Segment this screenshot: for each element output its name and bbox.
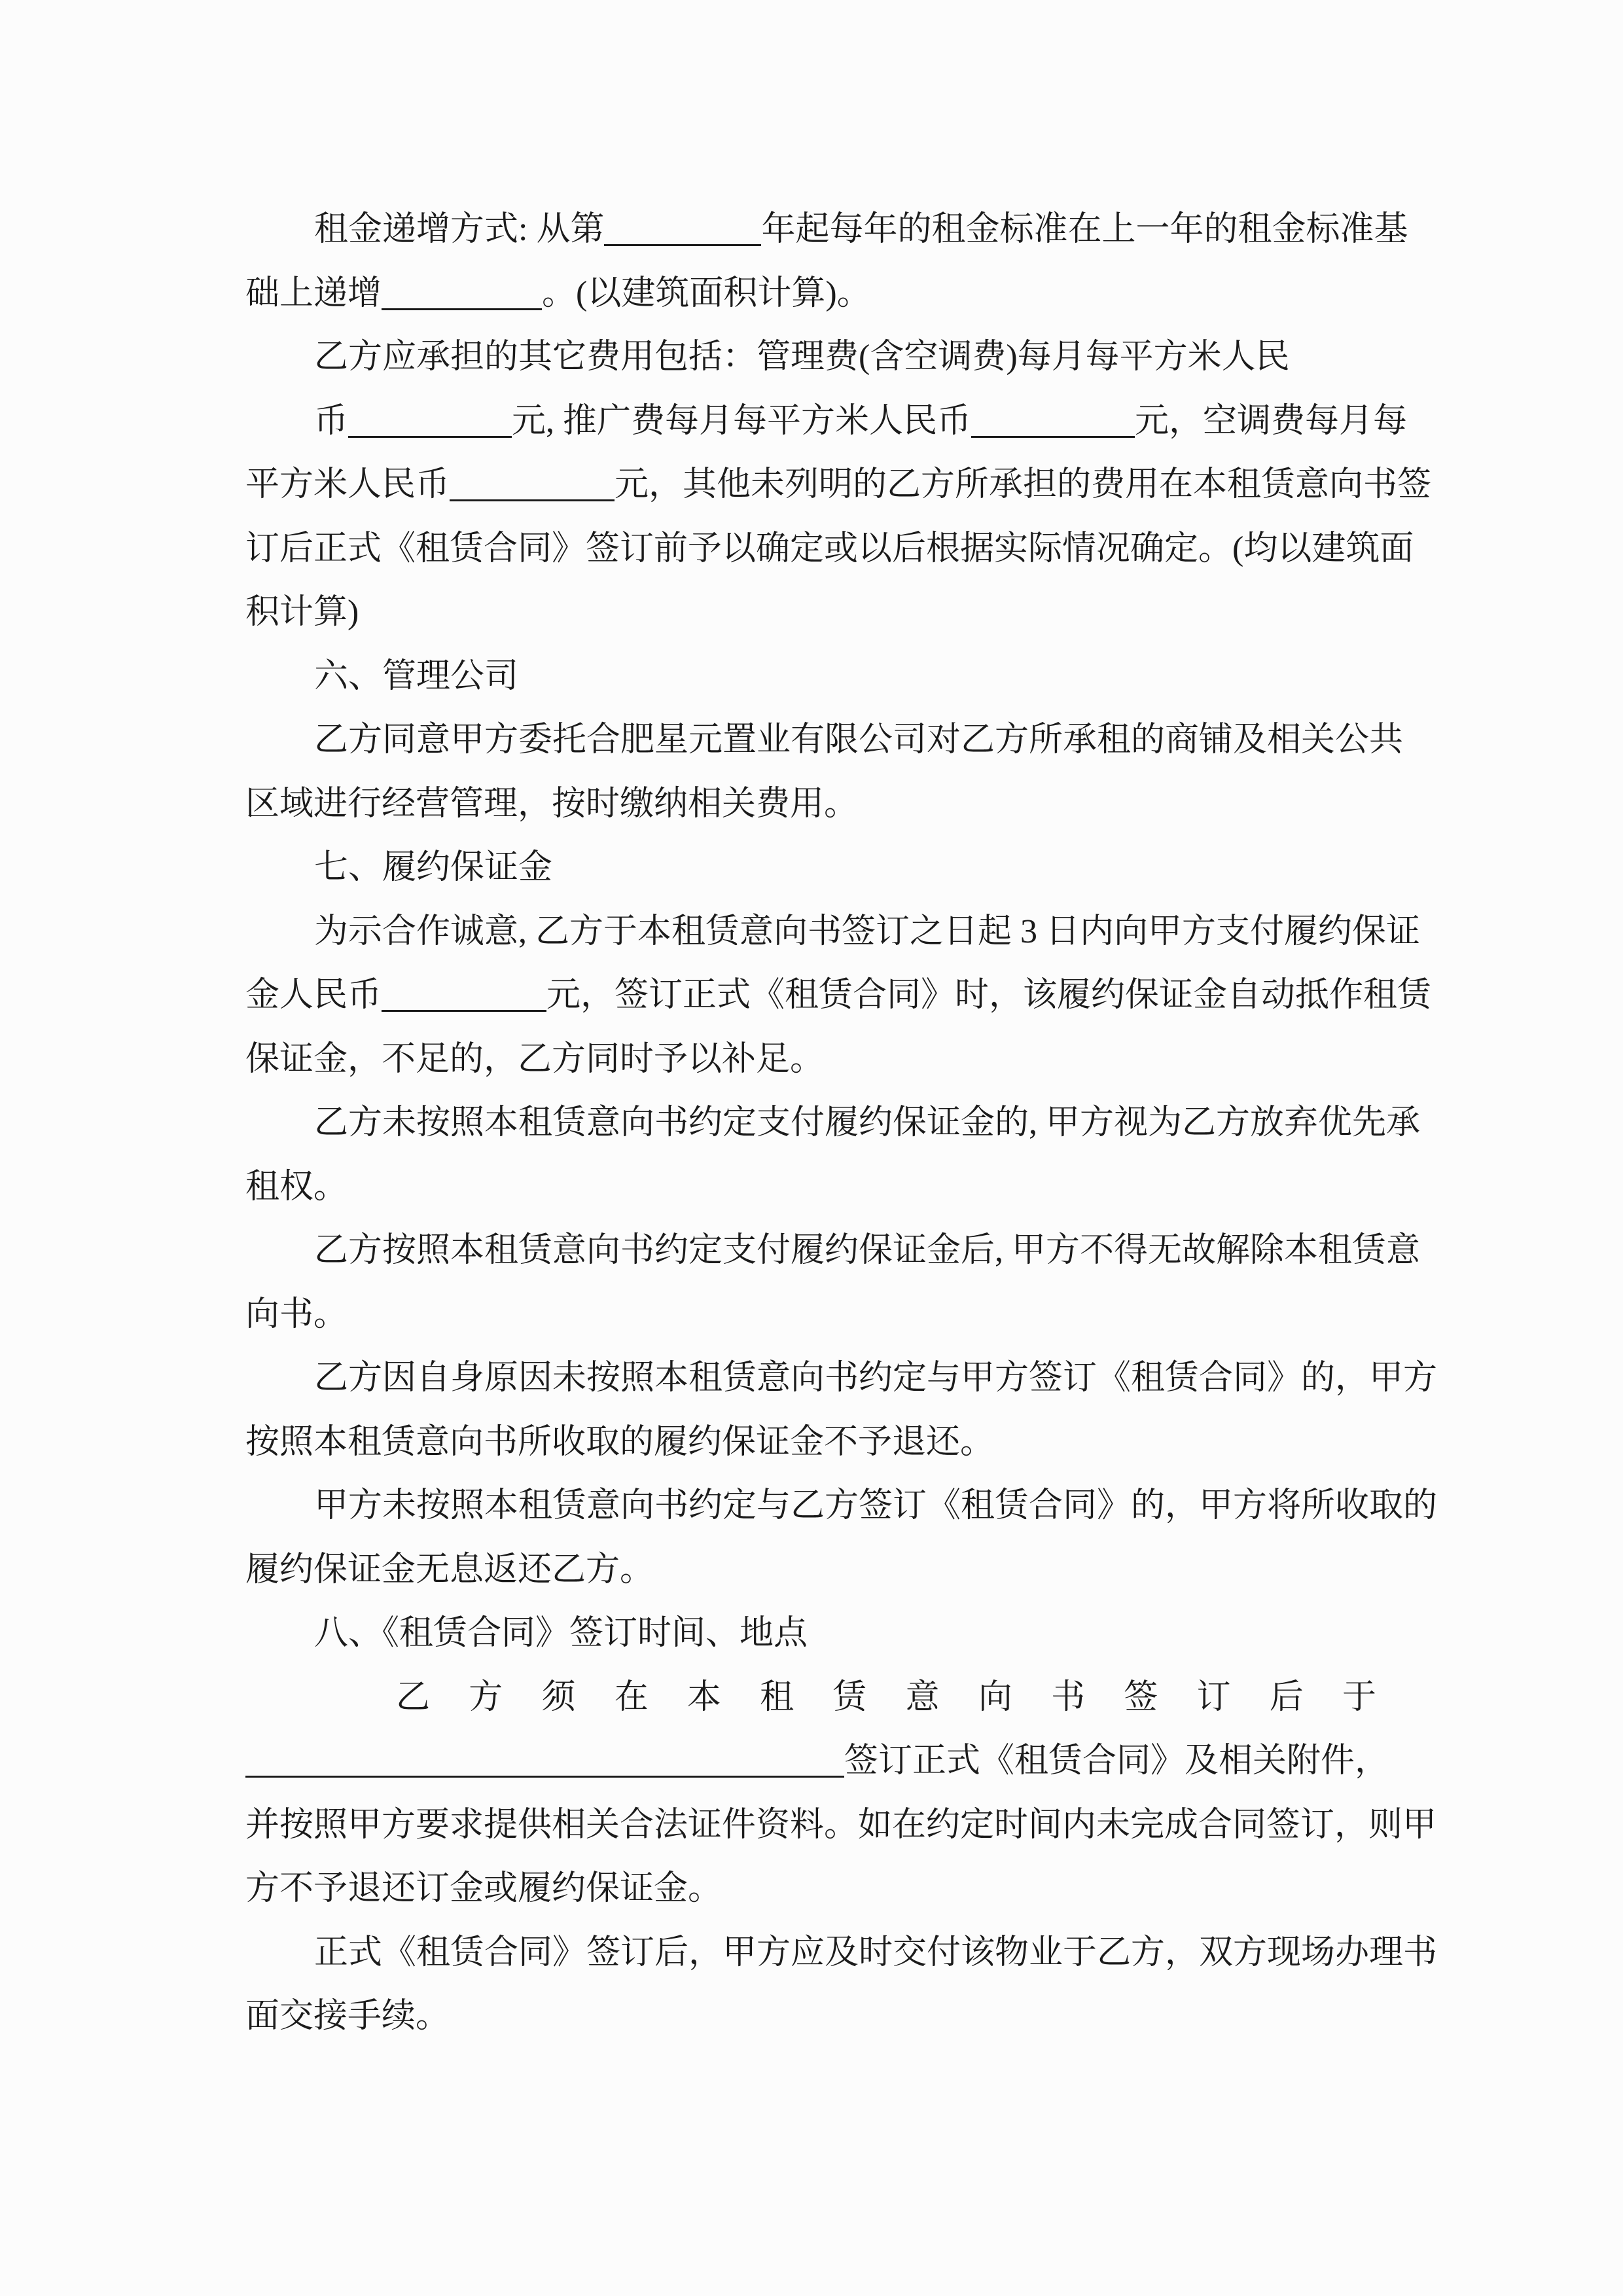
text-run: 乙方同意甲方委托合肥星元置业有限公司对乙方所承租的商铺及相关公共 — [314, 721, 1403, 759]
text-run: 币 — [314, 403, 348, 440]
text-line: 乙 方 须 在 本 租 赁 意 向 书 签 订 后 于 — [245, 1666, 1384, 1730]
blank-fill-field — [245, 1774, 844, 1778]
text-run: 元，其他未列明的乙方所承担的费用在本租赁意向书签 — [615, 466, 1431, 503]
text-run: 乙方应承担的其它费用包括：管理费(含空调费)每月每平方米人民 — [314, 338, 1290, 376]
text-run: 元，签订正式《租赁合同》时，该履约保证金自动抵作租赁 — [546, 977, 1431, 1014]
text-run: 。(以建筑面积计算)。 — [542, 275, 871, 312]
text-run: 向书。 — [245, 1296, 348, 1333]
blank-fill-field — [382, 1008, 546, 1012]
text-run: 乙 方 须 在 本 租 赁 意 向 书 签 订 后 于 — [396, 1666, 1376, 1730]
text-line: 乙方未按照本租赁意向书约定支付履约保证金的, 甲方视为乙方放弃优先承 — [245, 1091, 1384, 1155]
text-line: 为示合作诚意, 乙方于本租赁意向书签订之日起 3 日内向甲方支付履约保证 — [245, 900, 1384, 964]
text-run: 积计算) — [245, 594, 359, 631]
text-line: 正式《租赁合同》签订后，甲方应及时交付该物业于乙方，双方现场办理书 — [245, 1921, 1384, 1985]
text-line: 方不予退还订金或履约保证金。 — [245, 1857, 1384, 1921]
text-run: 方不予退还订金或履约保证金。 — [245, 1870, 722, 1907]
text-line: 按照本租赁意向书所收取的履约保证金不予退还。 — [245, 1410, 1384, 1475]
text-run: 并按照甲方要求提供相关合法证件资料。如在约定时间内未完成合同签订，则甲 — [245, 1806, 1436, 1844]
text-line: 向书。 — [245, 1283, 1384, 1347]
text-run: 租权。 — [245, 1168, 348, 1206]
text-line: 币元, 推广费每月每平方米人民币元，空调费每月每 — [245, 389, 1384, 454]
text-line: 履约保证金无息返还乙方。 — [245, 1538, 1384, 1602]
text-line: 乙方因自身原因未按照本租赁意向书约定与甲方签订《租赁合同》的，甲方 — [245, 1346, 1384, 1410]
text-line: 并按照甲方要求提供相关合法证件资料。如在约定时间内未完成合同签订，则甲 — [245, 1793, 1384, 1857]
text-run: 平方米人民币 — [245, 466, 450, 503]
text-line: 订后正式《租赁合同》签订前予以确定或以后根据实际情况确定。(均以建筑面 — [245, 517, 1384, 581]
text-run: 年起每年的租金标准在上一年的租金标准基 — [761, 211, 1408, 248]
text-line: 乙方应承担的其它费用包括：管理费(含空调费)每月每平方米人民 — [245, 325, 1384, 389]
text-run: 为示合作诚意, 乙方于本租赁意向书签订之日起 3 日内向甲方支付履约保证 — [314, 913, 1420, 950]
text-run: 面交接手续。 — [245, 1998, 450, 2035]
document-body: 租金递增方式: 从第年起每年的租金标准在上一年的租金标准基础上递增。(以建筑面积… — [245, 198, 1384, 2049]
text-line: 租金递增方式: 从第年起每年的租金标准在上一年的租金标准基 — [245, 198, 1384, 262]
text-line: 积计算) — [245, 581, 1384, 645]
text-run: 元, 推广费每月每平方米人民币 — [512, 403, 971, 440]
text-line: 乙方按照本租赁意向书约定支付履约保证金后, 甲方不得无故解除本租赁意 — [245, 1219, 1384, 1283]
text-line: 签订正式《租赁合同》及相关附件， — [245, 1729, 1384, 1793]
text-run: 乙方按照本租赁意向书约定支付履约保证金后, 甲方不得无故解除本租赁意 — [314, 1232, 1420, 1269]
text-run: 按照本租赁意向书所收取的履约保证金不予退还。 — [245, 1424, 994, 1461]
text-run: 订后正式《租赁合同》签订前予以确定或以后根据实际情况确定。(均以建筑面 — [245, 530, 1414, 567]
text-run: 乙方因自身原因未按照本租赁意向书约定与甲方签订《租赁合同》的，甲方 — [314, 1359, 1437, 1397]
blank-fill-field — [450, 497, 615, 501]
text-run: 七、履约保证金 — [314, 849, 552, 886]
text-line: 面交接手续。 — [245, 1984, 1384, 2049]
text-run: 八、《租赁合同》签订时间、地点 — [314, 1615, 808, 1652]
text-run: 元，空调费每月每 — [1135, 403, 1407, 440]
text-run: 六、管理公司 — [314, 658, 518, 695]
text-run: 履约保证金无息返还乙方。 — [245, 1551, 654, 1588]
text-run: 础上递增 — [245, 275, 382, 312]
text-run: 保证金，不足的，乙方同时予以补足。 — [245, 1041, 824, 1078]
text-line: 础上递增。(以建筑面积计算)。 — [245, 262, 1384, 326]
text-line: 租权。 — [245, 1155, 1384, 1219]
blank-fill-field — [971, 434, 1135, 438]
text-run: 签订正式《租赁合同》及相关附件， — [844, 1742, 1389, 1780]
text-line: 甲方未按照本租赁意向书约定与乙方签订《租赁合同》的，甲方将所收取的 — [245, 1474, 1384, 1538]
text-line: 金人民币元，签订正式《租赁合同》时，该履约保证金自动抵作租赁 — [245, 963, 1384, 1028]
blank-fill-field — [382, 306, 542, 310]
blank-fill-field — [604, 242, 761, 246]
text-line: 区域进行经营管理，按时缴纳相关费用。 — [245, 772, 1384, 836]
text-line: 八、《租赁合同》签订时间、地点 — [245, 1602, 1384, 1666]
document-page: 租金递增方式: 从第年起每年的租金标准在上一年的租金标准基础上递增。(以建筑面积… — [0, 0, 1623, 2296]
text-line: 保证金，不足的，乙方同时予以补足。 — [245, 1028, 1384, 1092]
text-line: 七、履约保证金 — [245, 836, 1384, 900]
blank-fill-field — [348, 434, 512, 438]
text-run: 甲方未按照本租赁意向书约定与乙方签订《租赁合同》的，甲方将所收取的 — [314, 1487, 1437, 1524]
text-line: 平方米人民币元，其他未列明的乙方所承担的费用在本租赁意向书签 — [245, 453, 1384, 517]
text-run: 区域进行经营管理，按时缴纳相关费用。 — [245, 785, 858, 823]
text-run: 金人民币 — [245, 977, 382, 1014]
text-line: 六、管理公司 — [245, 645, 1384, 709]
text-run: 正式《租赁合同》签订后，甲方应及时交付该物业于乙方，双方现场办理书 — [314, 1934, 1437, 1971]
text-line: 乙方同意甲方委托合肥星元置业有限公司对乙方所承租的商铺及相关公共 — [245, 708, 1384, 772]
text-run: 乙方未按照本租赁意向书约定支付履约保证金的, 甲方视为乙方放弃优先承 — [314, 1104, 1420, 1141]
text-run: 租金递增方式: 从第 — [314, 211, 604, 248]
